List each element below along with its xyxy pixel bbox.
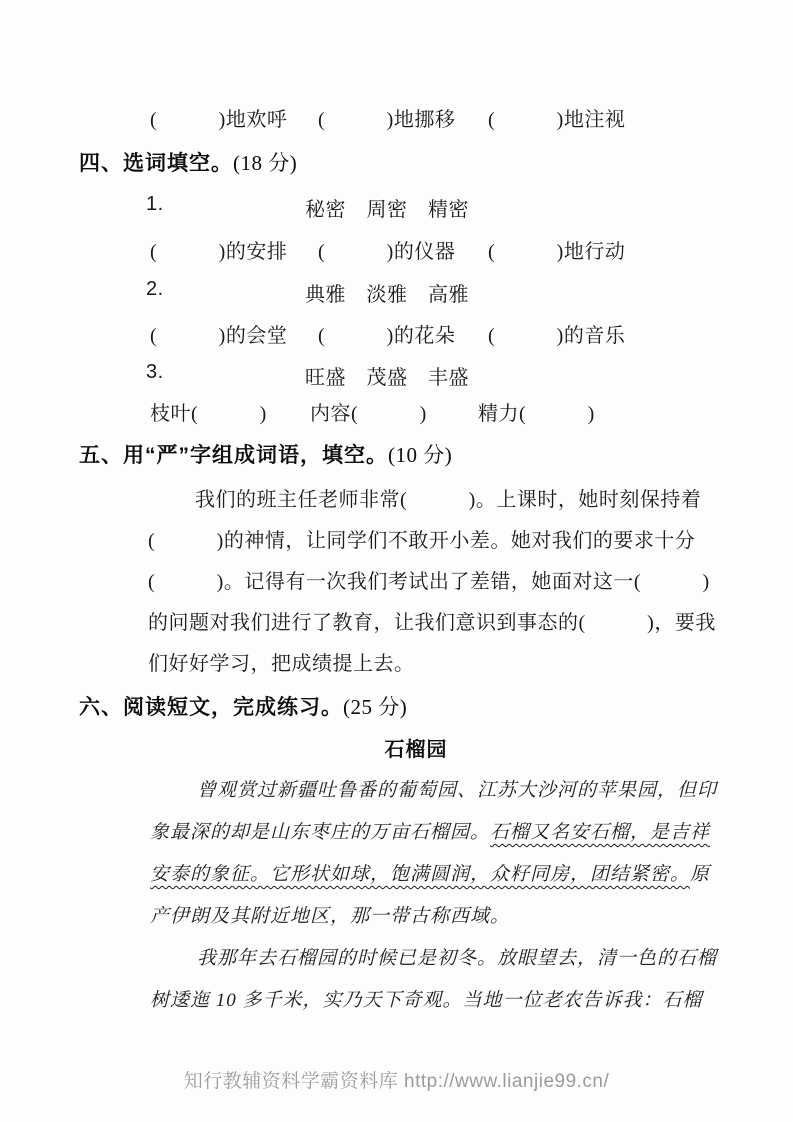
passage-line: 产伊朗及其附近地区，那一带古称西域。 (150, 901, 510, 928)
paragraph-line: 们好好学习，把成绩提上去。 (148, 647, 415, 676)
passage-text: 象最深的却是山东枣庄的万亩石榴园。 (150, 822, 490, 843)
passage-text: 我那年去石榴园的时候已是初冬。放眼望去，清一色的石榴 (197, 948, 717, 969)
section-5-title: 五、用“严”字组成词语，填空。 (79, 444, 388, 467)
passage-text: 产伊朗及其附近地区，那一带古称西域。 (150, 906, 510, 927)
word-choices: 秘密 周密 精密 (305, 193, 469, 222)
section-6-score: (25 分) (343, 695, 407, 719)
blank-item: ( )地注视 (488, 103, 625, 132)
passage-line: 安泰的象征。它形状如球，饱满圆润，众籽同房，团结紧密。原 (150, 859, 710, 886)
blank-item: ( )的仪器 (318, 235, 455, 264)
fill-blank-row-adverbs: ( )地欢呼 ( )地挪移 ( )地注视 (0, 103, 793, 133)
section-4-score: (18 分) (233, 151, 297, 175)
choice-row-2: 2. 典雅 淡雅 高雅 (0, 278, 793, 308)
passage-line: 象最深的却是山东枣庄的万亩石榴园。石榴又名安石榴，是吉祥 (150, 817, 710, 844)
choice-row-1: 1. 秘密 周密 精密 (0, 193, 793, 223)
passage-title: 石榴园 (150, 733, 682, 762)
blank-item: ( )地行动 (488, 235, 625, 264)
passage-line: 我那年去石榴园的时候已是初冬。放眼望去，清一色的石榴 (150, 943, 717, 970)
blank-item: 精力( ) (478, 397, 595, 426)
blank-item: ( )的音乐 (488, 319, 625, 348)
fill-blank-row-1: ( )的安排 ( )的仪器 ( )地行动 (0, 235, 793, 265)
section-4-title: 四、选词填空。 (79, 152, 233, 175)
blank-item: ( )的花朵 (318, 319, 455, 348)
paragraph-line: 我们的班主任老师非常( )。上课时，她时刻保持着 (148, 483, 701, 512)
passage-text: 树逶迤 10 多千米，实乃天下奇观。当地一位老农告诉我：石榴 (150, 990, 703, 1011)
word-choices: 典雅 淡雅 高雅 (305, 278, 469, 307)
blank-item: 内容( ) (310, 397, 427, 426)
paragraph-line: 的问题对我们进行了教育，让我们意识到事态的( )，要我 (148, 606, 716, 635)
passage-text: 曾观赏过新疆吐鲁番的葡萄园、江苏大沙河的苹果园，但印 (197, 780, 717, 801)
section-5-score: (10 分) (388, 443, 452, 467)
blank-item: ( )地欢呼 (150, 103, 287, 132)
section-5-heading: 五、用“严”字组成词语，填空。(10 分) (79, 439, 452, 469)
group-number: 2. (146, 278, 164, 301)
passage-text-underlined: 安泰的象征。它形状如球，饱满圆润，众籽同房，团结紧密。 (150, 864, 690, 885)
paragraph-line: ( )。记得有一次我们考试出了差错，她面对这一( ) (148, 565, 710, 594)
choice-row-3: 3. 旺盛 茂盛 丰盛 (0, 361, 793, 391)
word-choices: 旺盛 茂盛 丰盛 (305, 361, 469, 390)
paragraph-line: ( )的神情，让同学们不敢开小差。她对我们的要求十分 (148, 524, 695, 553)
blank-item: ( )的会堂 (150, 319, 287, 348)
watermark-footer: 知行教辅资料学霸资料库 http://www.lianjie99.cn/ (0, 1066, 793, 1093)
group-number: 3. (146, 361, 164, 384)
passage-text: 原 (690, 864, 710, 885)
blank-item: ( )的安排 (150, 235, 287, 264)
group-number: 1. (146, 193, 164, 216)
section-6-heading: 六、阅读短文，完成练习。(25 分) (79, 691, 407, 721)
section-6-title: 六、阅读短文，完成练习。 (79, 696, 343, 719)
fill-blank-row-3: 枝叶( ) 内容( ) 精力( ) (0, 397, 793, 427)
worksheet-page: ( )地欢呼 ( )地挪移 ( )地注视 四、选词填空。(18 分) 1. 秘密… (0, 0, 793, 1122)
fill-blank-row-2: ( )的会堂 ( )的花朵 ( )的音乐 (0, 319, 793, 349)
passage-line: 曾观赏过新疆吐鲁番的葡萄园、江苏大沙河的苹果园，但印 (150, 775, 717, 802)
blank-item: 枝叶( ) (150, 397, 267, 426)
passage-line: 树逶迤 10 多千米，实乃天下奇观。当地一位老农告诉我：石榴 (150, 985, 703, 1012)
section-4-heading: 四、选词填空。(18 分) (79, 147, 297, 177)
passage-text-underlined: 石榴又名安石榴，是吉祥 (490, 822, 710, 843)
blank-item: ( )地挪移 (318, 103, 455, 132)
